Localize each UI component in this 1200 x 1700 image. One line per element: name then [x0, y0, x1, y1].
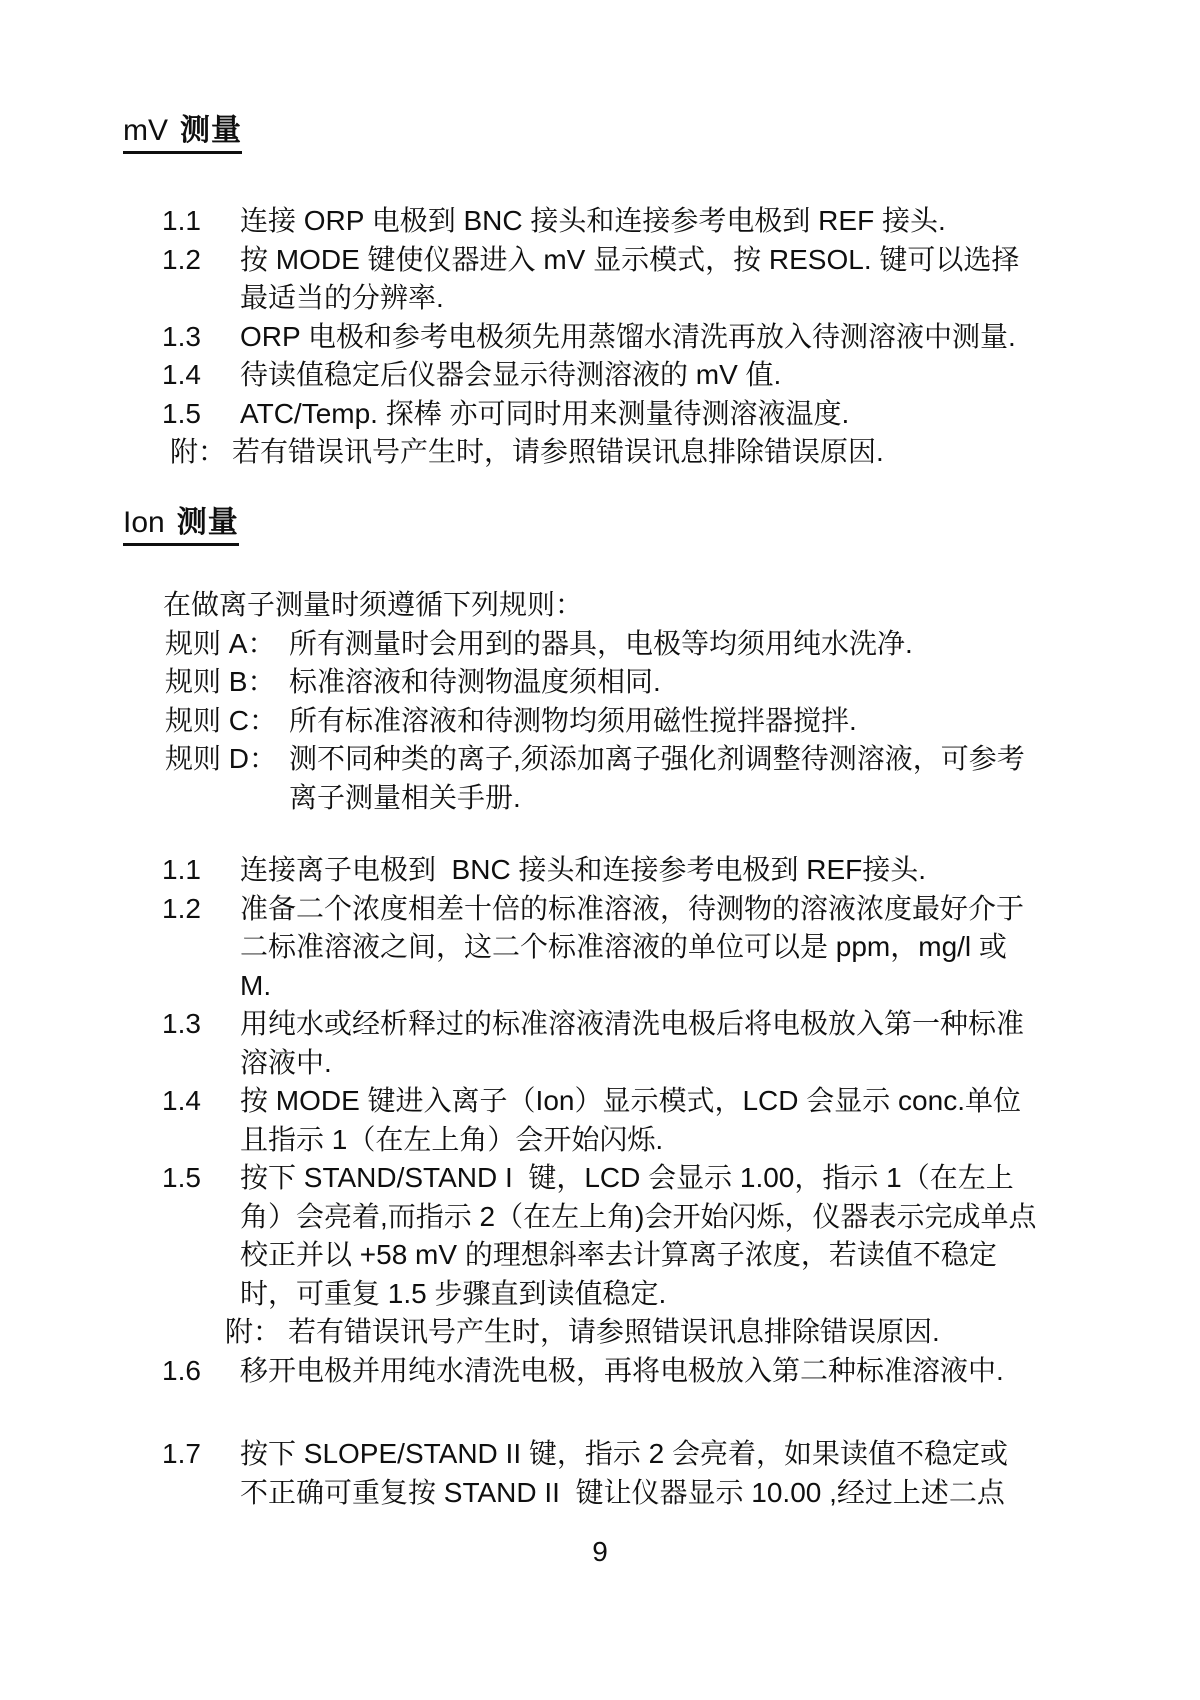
ion-intro-line: 在做离子测量时须遵循下列规则： — [163, 586, 1025, 625]
list-item: 1.1 连接 ORP 电极到 BNC 接头和连接参考电极到 REF 接头. — [162, 202, 1019, 241]
text-line: 溶液中. — [240, 1044, 1024, 1083]
text-line: 移开电极并用纯水清洗电极，再将电极放入第二种标准溶液中. — [240, 1352, 1004, 1391]
note-item: 附： 若有错误讯号产生时，请参照错误讯息排除错误原因. — [170, 433, 1019, 472]
text-line: 连接 ORP 电极到 BNC 接头和连接参考电极到 REF 接头. — [240, 202, 946, 241]
ion-heading-latin: Ion — [123, 506, 165, 539]
note-label: 附： — [170, 433, 232, 472]
list-item: 1.3 ORP 电极和参考电极须先用蒸馏水清洗再放入待测溶液中测量. — [162, 318, 1019, 357]
item-number: 1.5 — [162, 395, 240, 434]
list-item: 1.7 按下 SLOPE/STAND II 键，指示 2 会亮着，如果读值不稳定… — [162, 1435, 1036, 1512]
rule-label: 规则 B： — [165, 663, 289, 702]
text-line: ORP 电极和参考电极须先用蒸馏水清洗再放入待测溶液中测量. — [240, 318, 1016, 357]
item-number: 1.1 — [162, 851, 240, 890]
manual-page: mV测量 1.1 连接 ORP 电极到 BNC 接头和连接参考电极到 REF 接… — [0, 0, 1200, 1700]
mv-heading-cjk: 测量 — [180, 114, 242, 147]
text-line: 所有测量时会用到的器具，电极等均须用纯水洗净. — [289, 625, 913, 664]
text-line: 所有标准溶液和待测物均须用磁性搅拌器搅拌. — [289, 702, 857, 741]
text-line: 按下 STAND/STAND I 键，LCD 会显示 1.00，指示 1（在左上 — [240, 1159, 1036, 1198]
list-item: 1.3 用纯水或经析释过的标准溶液清洗电极后将电极放入第一种标准 溶液中. — [162, 1005, 1036, 1082]
text-line: 时，可重复 1.5 步骤直到读值稳定. — [240, 1275, 1036, 1314]
text-line: 待读值稳定后仪器会显示待测溶液的 mV 值. — [240, 356, 781, 395]
ion-section-list: 1.1 连接离子电极到 BNC 接头和连接参考电极到 REF接头. 1.2 准备… — [162, 851, 1036, 1512]
ion-heading-underline: Ion测量 — [123, 506, 239, 546]
mv-section-heading: mV测量 — [123, 114, 242, 154]
text-line: 按 MODE 键使仪器进入 mV 显示模式，按 RESOL. 键可以选择 — [240, 241, 1019, 280]
list-item: 1.5 按下 STAND/STAND I 键，LCD 会显示 1.00，指示 1… — [162, 1159, 1036, 1313]
mv-heading-latin: mV — [123, 114, 168, 147]
mv-heading-underline: mV测量 — [123, 114, 242, 154]
text-line: 若有错误讯号产生时，请参照错误讯息排除错误原因. — [288, 1313, 940, 1352]
item-number: 1.7 — [162, 1435, 240, 1474]
text-line: 测不同种类的离子,须添加离子强化剂调整待测溶液，可参考 — [289, 740, 1025, 779]
list-item: 1.4 待读值稳定后仪器会显示待测溶液的 mV 值. — [162, 356, 1019, 395]
item-number: 1.3 — [162, 318, 240, 357]
item-number: 1.3 — [162, 1005, 240, 1044]
text-line: 离子测量相关手册. — [289, 779, 1025, 818]
text-line: 最适当的分辨率. — [240, 279, 1019, 318]
text-line: 准备二个浓度相差十倍的标准溶液，待测物的溶液浓度最好介于 — [240, 890, 1024, 929]
ion-rules-block: 在做离子测量时须遵循下列规则： 规则 A： 所有测量时会用到的器具，电极等均须用… — [163, 586, 1025, 817]
list-item: 1.2 准备二个浓度相差十倍的标准溶液，待测物的溶液浓度最好介于 二标准溶液之间… — [162, 890, 1036, 1006]
mv-section-list: 1.1 连接 ORP 电极到 BNC 接头和连接参考电极到 REF 接头. 1.… — [162, 202, 1019, 472]
rule-item: 规则 C： 所有标准溶液和待测物均须用磁性搅拌器搅拌. — [165, 702, 1025, 741]
note-label: 附： — [225, 1313, 288, 1352]
item-number: 1.2 — [162, 241, 240, 280]
text-line: 校正并以 +58 mV 的理想斜率去计算离子浓度，若读值不稳定 — [240, 1236, 1036, 1275]
rule-item: 规则 D： 测不同种类的离子,须添加离子强化剂调整待测溶液，可参考 离子测量相关… — [165, 740, 1025, 817]
text-line: 按 MODE 键进入离子（Ion）显示模式，LCD 会显示 conc.单位 — [240, 1082, 1021, 1121]
rule-label: 规则 D： — [165, 740, 289, 779]
item-number: 1.2 — [162, 890, 240, 929]
item-number: 1.4 — [162, 1082, 240, 1121]
text-line: 角）会亮着,而指示 2（在左上角)会开始闪烁，仪器表示完成单点 — [240, 1198, 1036, 1237]
note-item: 附： 若有错误讯号产生时，请参照错误讯息排除错误原因. — [225, 1313, 1036, 1352]
list-item: 1.6 移开电极并用纯水清洗电极，再将电极放入第二种标准溶液中. — [162, 1352, 1036, 1391]
text-line: 连接离子电极到 BNC 接头和连接参考电极到 REF接头. — [240, 851, 926, 890]
list-item: 1.5 ATC/Temp. 探棒 亦可同时用来测量待测溶液温度. — [162, 395, 1019, 434]
text-line: 按下 SLOPE/STAND II 键，指示 2 会亮着，如果读值不稳定或 — [240, 1435, 1008, 1474]
text-line: 标准溶液和待测物温度须相同. — [289, 663, 661, 702]
page-number: 9 — [0, 1533, 1200, 1572]
item-number: 1.4 — [162, 356, 240, 395]
text-line: 且指示 1（在左上角）会开始闪烁. — [240, 1121, 1021, 1160]
list-item: 1.4 按 MODE 键进入离子（Ion）显示模式，LCD 会显示 conc.单… — [162, 1082, 1036, 1159]
rule-label: 规则 C： — [165, 702, 289, 741]
text-line: 用纯水或经析释过的标准溶液清洗电极后将电极放入第一种标准 — [240, 1005, 1024, 1044]
ion-section-heading: Ion测量 — [123, 506, 239, 546]
list-item: 1.2 按 MODE 键使仪器进入 mV 显示模式，按 RESOL. 键可以选择… — [162, 241, 1019, 318]
list-item: 1.1 连接离子电极到 BNC 接头和连接参考电极到 REF接头. — [162, 851, 1036, 890]
rule-label: 规则 A： — [165, 625, 289, 664]
rule-item: 规则 A： 所有测量时会用到的器具，电极等均须用纯水洗净. — [165, 625, 1025, 664]
text-line: 二标准溶液之间，这二个标准溶液的单位可以是 ppm，mg/l 或 — [240, 928, 1024, 967]
text-line: M. — [240, 967, 1024, 1006]
item-number: 1.6 — [162, 1352, 240, 1391]
item-number: 1.5 — [162, 1159, 240, 1198]
ion-heading-cjk: 测量 — [177, 506, 239, 539]
text-line: 不正确可重复按 STAND II 键让仪器显示 10.00 ,经过上述二点 — [240, 1474, 1008, 1513]
item-number: 1.1 — [162, 202, 240, 241]
text-line: ATC/Temp. 探棒 亦可同时用来测量待测溶液温度. — [240, 395, 849, 434]
text-line: 若有错误讯号产生时，请参照错误讯息排除错误原因. — [232, 433, 884, 472]
rule-item: 规则 B： 标准溶液和待测物温度须相同. — [165, 663, 1025, 702]
